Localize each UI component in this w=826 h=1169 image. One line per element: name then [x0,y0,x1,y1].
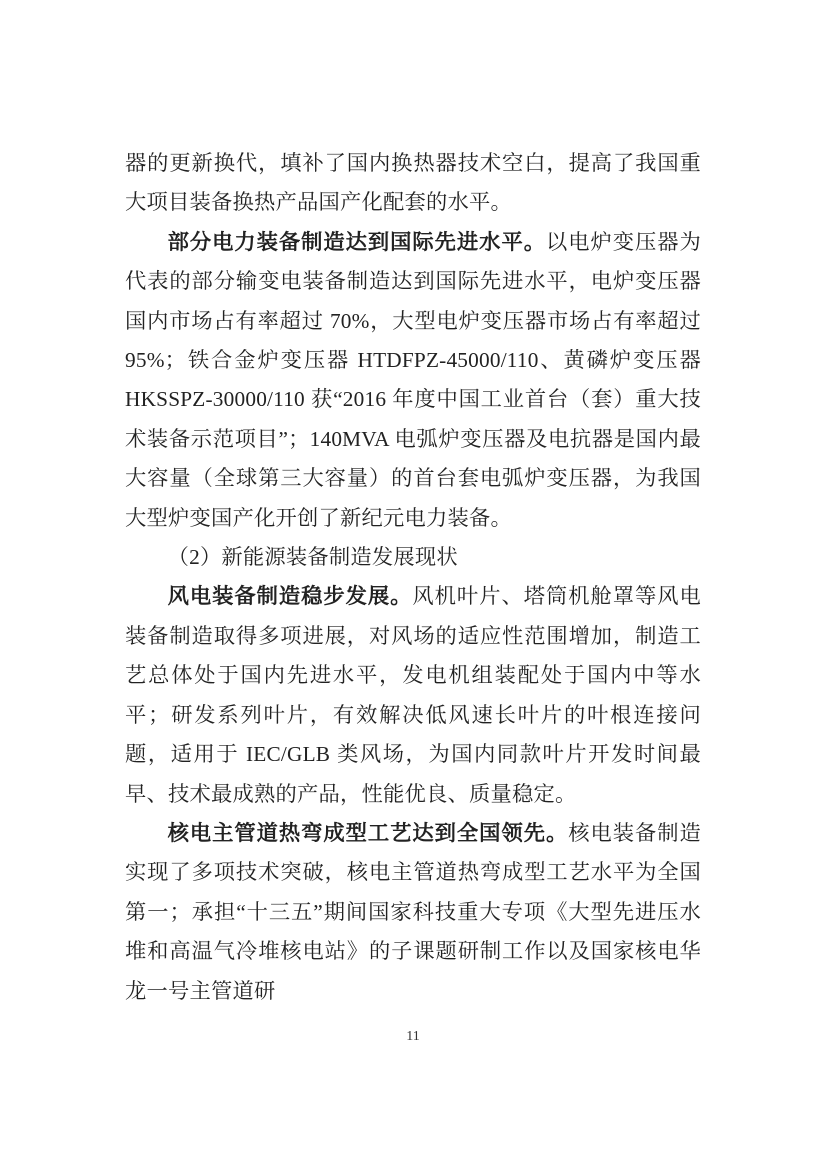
text-run: 核电装备制造实现了多项技术突破，核电主管道热弯成型工艺水平为全国第一；承担“十三… [125,821,701,1003]
paragraph-continuation: 器的更新换代，填补了国内换热器技术空白，提高了我国重大项目装备换热产品国产化配套… [125,144,701,223]
text-run: 以电炉变压器为代表的部分输变电装备制造达到国际先进水平，电炉变压器国内市场占有率… [125,230,701,530]
paragraph-lead-bold: 风电装备制造稳步发展。 [168,584,413,608]
page-number: 11 [0,1028,826,1046]
text-run: 风机叶片、塔筒机舱罩等风电装备制造取得多项进展，对风场的适应性范围增加，制造工艺… [125,584,701,805]
text-run: 器的更新换代，填补了国内换热器技术空白，提高了我国重大项目装备换热产品国产化配套… [125,151,701,214]
paragraph-nuclear-power: 核电主管道热弯成型工艺达到全国领先。核电装备制造实现了多项技术突破，核电主管道热… [125,814,701,1011]
text-run: （2）新能源装备制造发展现状 [168,545,458,569]
paragraph-section-heading: （2）新能源装备制造发展现状 [125,538,701,577]
paragraph-wind-power: 风电装备制造稳步发展。风机叶片、塔筒机舱罩等风电装备制造取得多项进展，对风场的适… [125,577,701,813]
paragraph-lead-bold: 部分电力装备制造达到国际先进水平。 [168,230,546,254]
document-page: 器的更新换代，填补了国内换热器技术空白，提高了我国重大项目装备换热产品国产化配套… [0,0,826,1169]
paragraph-power-equipment: 部分电力装备制造达到国际先进水平。以电炉变压器为代表的部分输变电装备制造达到国际… [125,223,701,538]
text-block: 器的更新换代，填补了国内换热器技术空白，提高了我国重大项目装备换热产品国产化配套… [125,144,701,1011]
paragraph-lead-bold: 核电主管道热弯成型工艺达到全国领先。 [168,821,569,845]
